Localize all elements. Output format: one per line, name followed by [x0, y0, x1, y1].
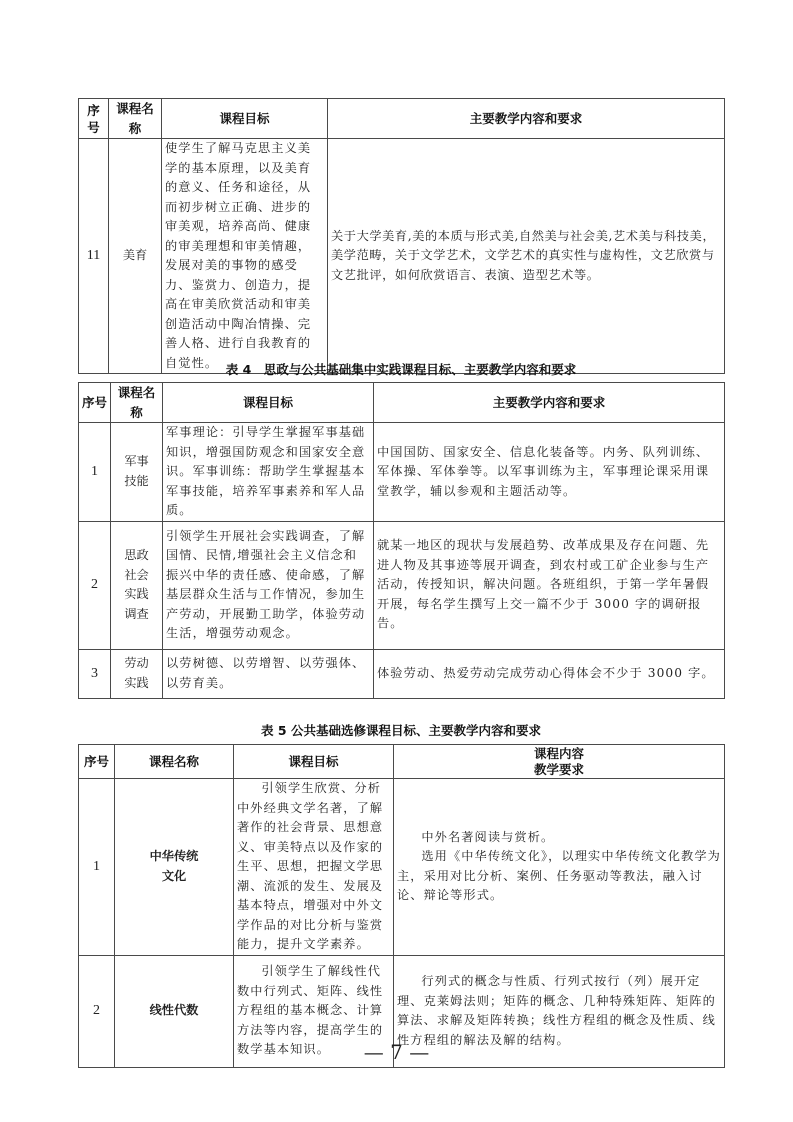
row-no: 2 [79, 521, 111, 649]
table5-caption: 表 5 公共基础选修课程目标、主要教学内容和要求 [78, 721, 724, 739]
row-name: 思政 社会 实践 调查 [111, 521, 163, 649]
table-row: 1 中华传统 文化 引领学生欣赏、分析中外经典文学名著，了解著作的社会背景、思想… [79, 779, 725, 956]
header-no: 序号 [79, 99, 109, 139]
header-no: 序号 [79, 383, 111, 423]
row-content: 关于大学美育,美的本质与形式美,自然美与社会美,艺术美与科技美，美学范畴，关于文… [328, 139, 725, 374]
row-goal: 引领学生开展社会实践调查，了解国情、民情,增强社会主义信念和振兴中华的责任感、使… [163, 521, 374, 649]
header-content: 课程内容 教学要求 [394, 745, 725, 779]
row-goal: 引领学生欣赏、分析中外经典文学名著，了解著作的社会背景、思想意义、审美特点以及作… [234, 779, 394, 956]
row-content: 中国国防、国家安全、信息化装备等。内务、队列训练、军体操、军体拳等。以军事训练为… [374, 423, 725, 522]
header-goal: 课程目标 [163, 383, 374, 423]
row-name: 美育 [109, 139, 162, 374]
header-goal: 课程目标 [234, 745, 394, 779]
table4: 序号 课程名称 课程目标 主要教学内容和要求 1 军事 技能 军事理论：引导学生… [78, 382, 725, 699]
row-name: 军事 技能 [111, 423, 163, 522]
table-row: 1 军事 技能 军事理论：引导学生掌握军事基础知识，增强国防观念和国家安全意识。… [79, 423, 725, 522]
table-header-row: 序号 课程名称 课程目标 课程内容 教学要求 [79, 745, 725, 779]
header-no: 序号 [79, 745, 115, 779]
row-no: 1 [79, 423, 111, 522]
header-name: 课程名称 [111, 383, 163, 423]
row-name: 劳动 实践 [111, 649, 163, 698]
table-header-row: 序号 课程名称 课程目标 主要教学内容和要求 [79, 383, 725, 423]
header-name: 课程名称 [115, 745, 234, 779]
table-continued: 序号 课程名称 课程目标 主要教学内容和要求 11 美育 使学生了解马克思主义美… [78, 98, 725, 374]
row-content: 就某一地区的现状与发展趋势、改革成果及存在问题、先进人物及其事迹等展开调查，到农… [374, 521, 725, 649]
row-no: 1 [79, 779, 115, 956]
header-name: 课程名称 [109, 99, 162, 139]
table5: 序号 课程名称 课程目标 课程内容 教学要求 1 中华传统 文化 引领学生欣赏、… [78, 744, 725, 1068]
header-goal: 课程目标 [162, 99, 328, 139]
row-goal: 使学生了解马克思主义美学的基本原理，以及美育的意义、任务和途径，从而初步树立正确… [162, 139, 328, 374]
row-content: 体验劳动、热爱劳动完成劳动心得体会不少于 3000 字。 [374, 649, 725, 698]
table-row: 2 思政 社会 实践 调查 引领学生开展社会实践调查，了解国情、民情,增强社会主… [79, 521, 725, 649]
row-content: 中外名著阅读与赏析。 选用《中华传统文化》，以理实中华传统文化教学为主，采用对比… [394, 779, 725, 956]
table-row: 11 美育 使学生了解马克思主义美学的基本原理，以及美育的意义、任务和途径，从而… [79, 139, 725, 374]
row-name: 中华传统 文化 [115, 779, 234, 956]
table4-caption: 表 4 思政与公共基础集中实践课程目标、主要教学内容和要求 [78, 360, 724, 378]
row-no: 11 [79, 139, 109, 374]
row-goal: 军事理论：引导学生掌握军事基础知识，增强国防观念和国家安全意识。军事训练：帮助学… [163, 423, 374, 522]
row-no: 3 [79, 649, 111, 698]
table-header-row: 序号 课程名称 课程目标 主要教学内容和要求 [79, 99, 725, 139]
header-content: 主要教学内容和要求 [374, 383, 725, 423]
header-content: 主要教学内容和要求 [328, 99, 725, 139]
page-number: — 7 — [0, 1040, 793, 1064]
table-row: 3 劳动 实践 以劳树德、以劳增智、以劳强体、以劳育美。 体验劳动、热爱劳动完成… [79, 649, 725, 698]
row-goal: 以劳树德、以劳增智、以劳强体、以劳育美。 [163, 649, 374, 698]
